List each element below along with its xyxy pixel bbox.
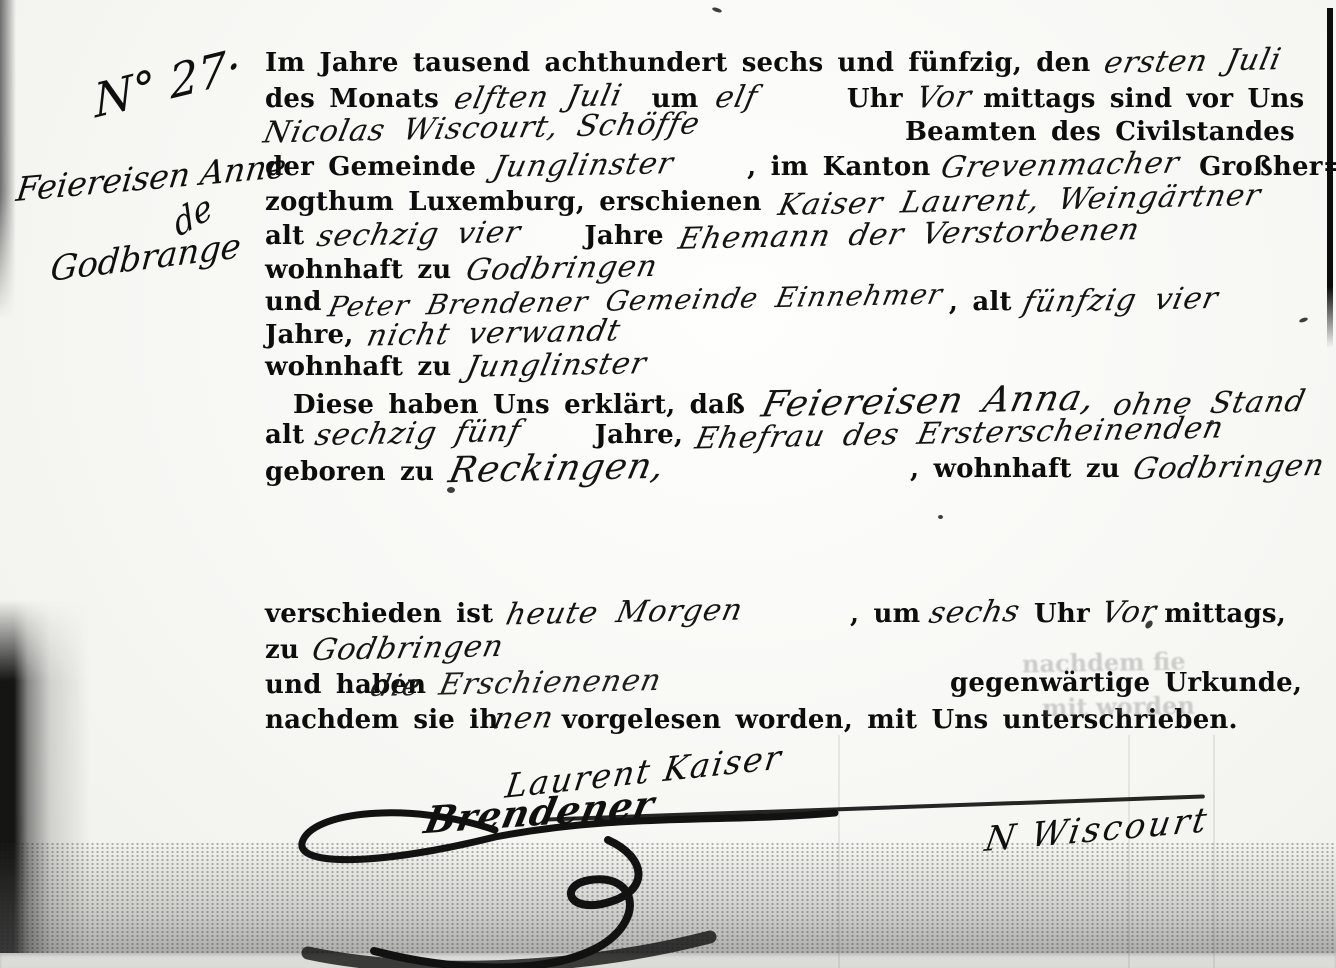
ink-speck [712,7,723,14]
form-line-9: Jahre, nicht verwandt [265,316,619,351]
printed-text: alt [265,420,304,450]
printed-text: Uhr [847,84,903,114]
form-line-13: geboren zu Reckingen, , wohnhaft zu Godb… [265,448,664,489]
form-line-4: der Gemeinde Junglinster , im Kanton Gre… [265,148,1336,183]
form-line-12: alt sechzig fünf Jahre, Ehefrau des Erst… [265,416,1223,451]
printed-text: alt [265,221,304,251]
printed-text: Beamten des Civilstandes [905,117,1295,147]
printed-text: nachdem sie ih [265,705,498,735]
printed-text: mittags sind vor Uns [983,84,1304,114]
flourish-tail [308,937,710,967]
handwritten-entry: Junglinster [463,346,650,385]
printed-text: zogthum Luxemburg, erschienen [265,187,762,217]
form-line-7: wohnhaft zu Godbringen [265,251,657,286]
printed-text: verschieden ist [265,599,493,629]
handwritten-entry: Vor [913,79,975,115]
printed-text: zu [265,635,299,665]
form-line-15: zu Godbringen [265,631,503,666]
handwritten-entry: Godbringen [309,629,507,668]
handwritten-entry: Ehemann der Verstorbenen [675,212,1143,257]
handwritten-entry: sechzig vier [314,215,524,254]
printed-text: , im Kanton [747,152,930,182]
handwritten-entry: fünfzig vier [1020,281,1222,320]
margin-name-line1: Feiereisen Anne [14,146,288,209]
handwritten-entry: Vor [1098,594,1160,630]
printed-text: , wohnhaft zu [910,454,1120,484]
handwritten-entry: heute Morgen [503,593,747,633]
printed-text: des Monats [265,84,439,114]
bleed-through-text: mit worden [1042,691,1195,723]
form-line-14: verschieden ist heute Morgen , um sechs … [265,595,743,630]
printed-text: der Gemeinde [265,152,476,182]
handwritten-entry: elf [713,80,762,116]
handwritten-entry: sechs [926,594,1023,631]
handwritten-entry: Junglinster [490,146,677,185]
bleed-through-text: nachdem fie [1022,647,1186,679]
printed-text: , um [850,599,920,629]
form-line-16: und haben die Erschienenen gegenwärtige … [265,666,661,701]
printed-text: Jahre [584,221,663,251]
handwritten-entry: Reckingen, [445,446,669,491]
printed-text: Im Jahre tausend achthundert sechs und f… [265,48,1091,78]
printed-text: wohnhaft zu [265,255,451,285]
printed-text: wohnhaft zu [265,352,451,382]
fold-line [1128,735,1130,968]
fold-line [1213,735,1215,968]
form-line-8: und Peter Brendener Gemeinde Einnehmer ,… [265,283,1217,318]
form-line-1: Im Jahre tausend achthundert sechs und f… [265,44,1280,79]
printed-text: Jahre, [265,320,354,350]
printed-text: mittags, [1164,599,1286,629]
ink-speck [938,515,943,519]
printed-text: Großher= [1199,152,1336,182]
margin-act-number: N° 27· [92,37,242,128]
handwritten-entry: die Erschienenen [368,663,665,704]
scanned-death-record-page: N° 27· Feiereisen Anne de Godbrange Im J… [0,0,1336,968]
handwritten-entry: nen [491,700,558,736]
printed-text: geboren zu [265,457,434,487]
handwritten-entry: Godbringen [1130,448,1328,487]
form-line-2: des Monats elften Juli um elf Uhr Vor mi… [265,80,1304,115]
margin-name-line3: Godbrange [49,226,243,290]
flourish-descender [374,840,639,968]
time-cluster: , um sechs Uhr Vor mittags, [850,595,1286,630]
printed-text: , alt [949,287,1012,317]
handwritten-entry: Nicolas Wiscourt, Schöffe [260,106,703,150]
form-line-6: alt sechzig vier Jahre Ehemann der Verst… [265,217,1138,252]
handwritten-entry: ersten Juli [1100,42,1284,81]
form-line-10: wohnhaft zu Junglinster [265,348,646,383]
residence-cluster: , wohnhaft zu Godbringen [910,450,1324,485]
printed-text: und [265,287,322,317]
ink-speck [1299,317,1309,324]
printed-text: Uhr [1034,599,1090,629]
scan-edge-artifact-left-top [0,0,16,320]
form-line-3: Nicolas Wiscourt, Schöffe Beamten des Ci… [265,111,699,146]
